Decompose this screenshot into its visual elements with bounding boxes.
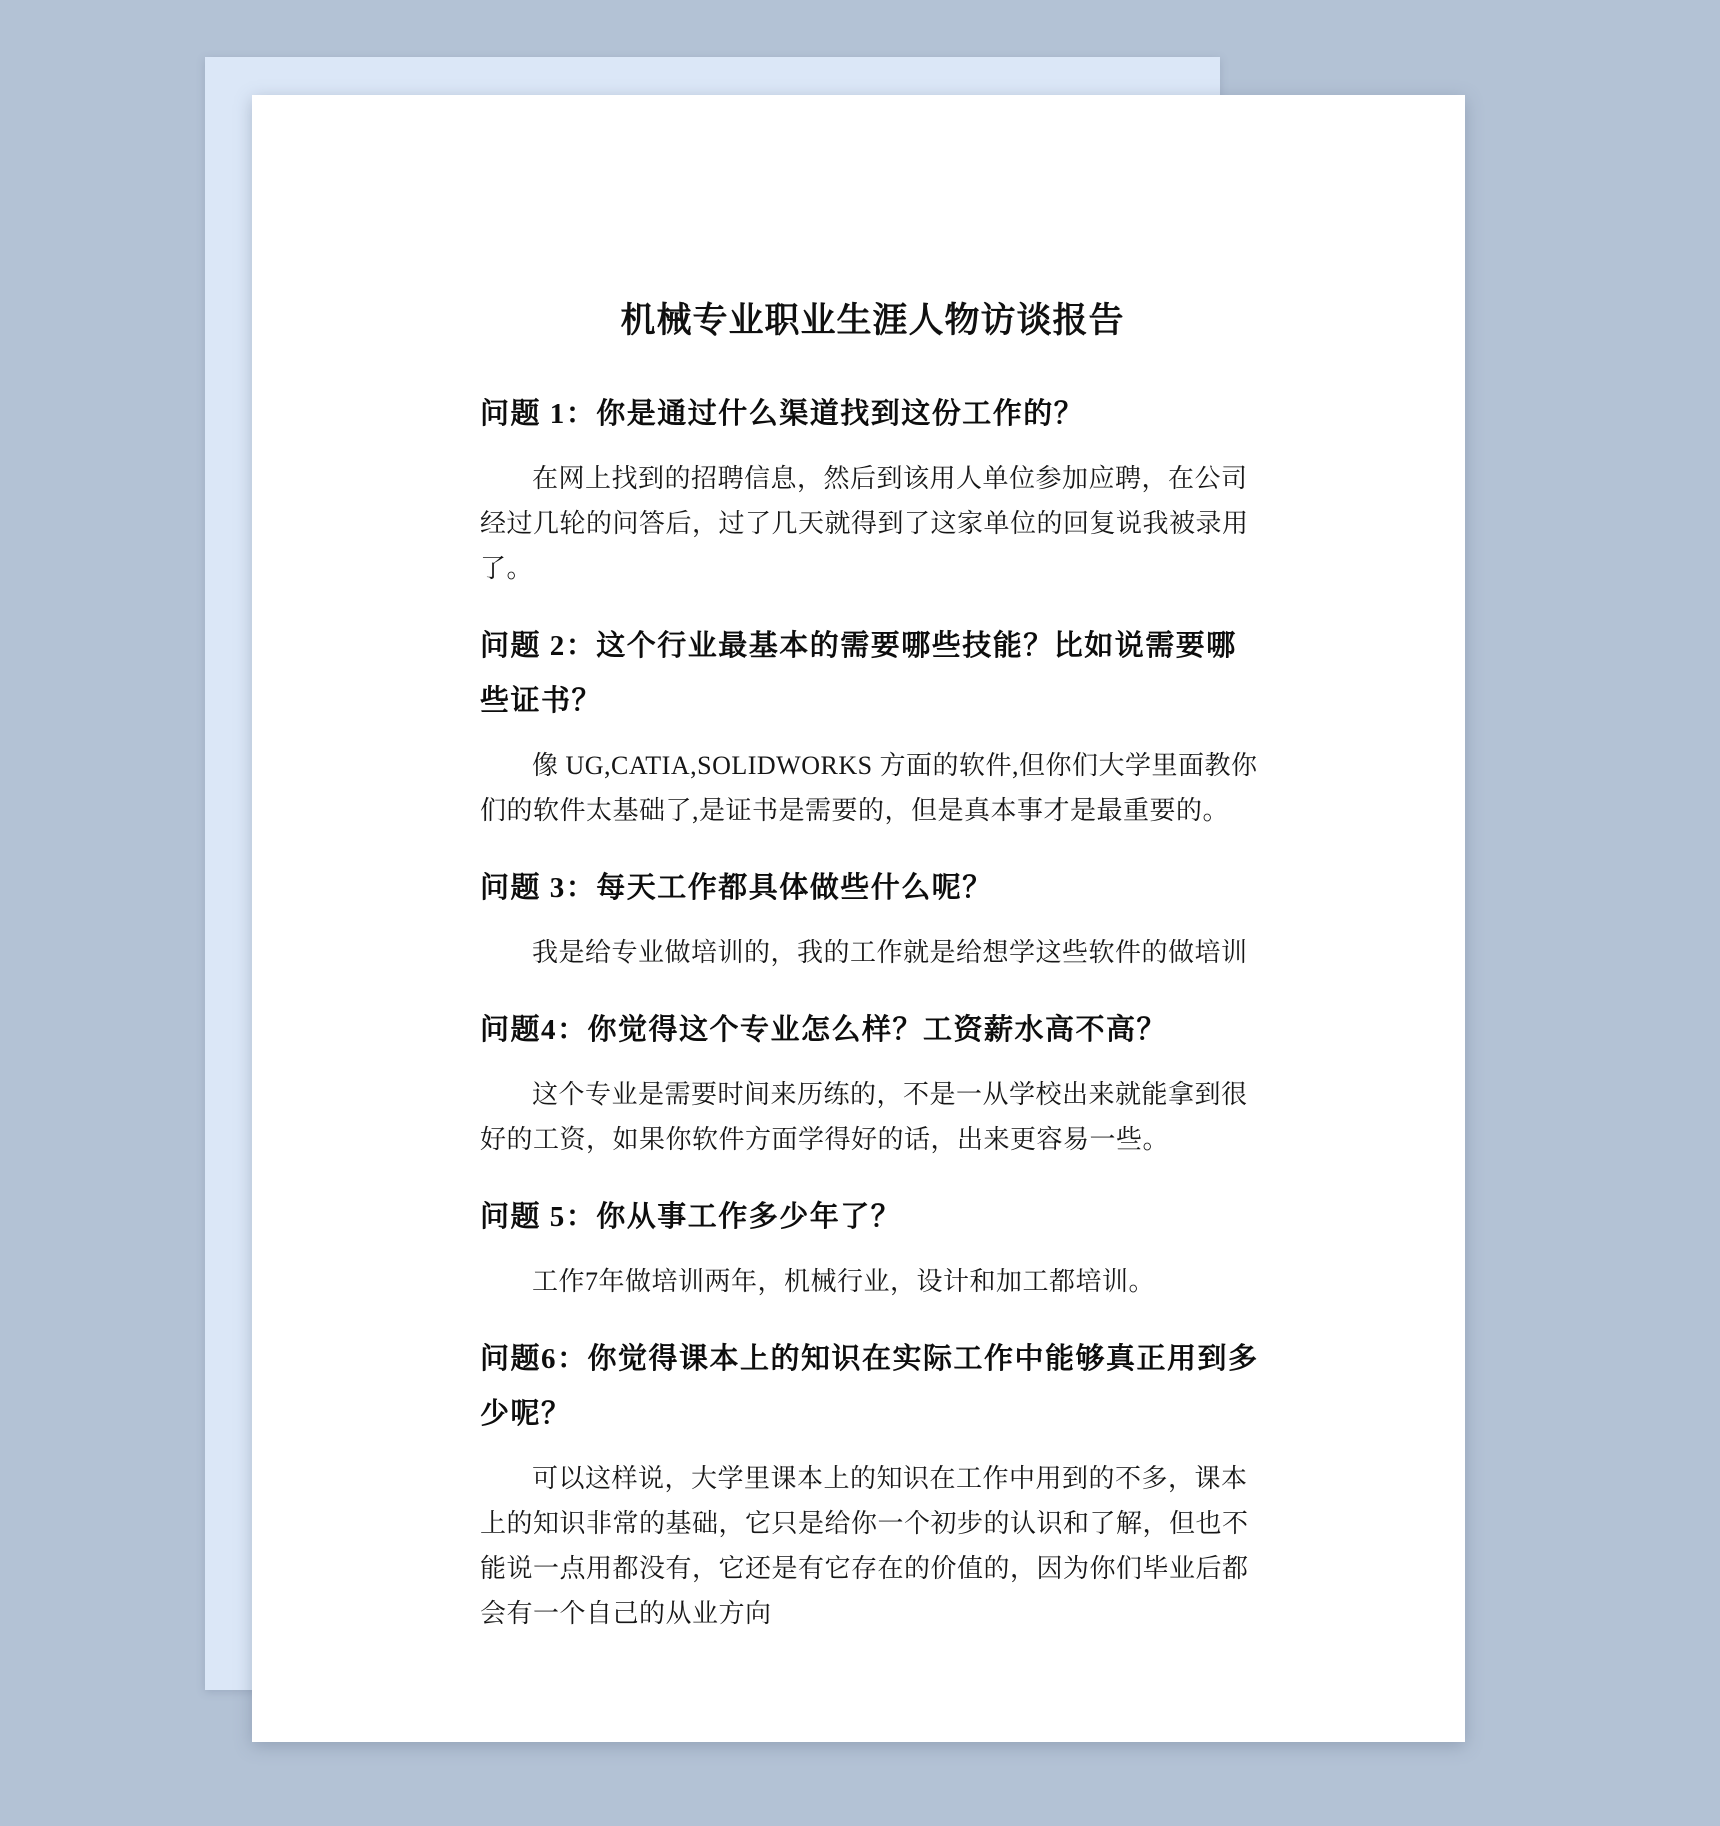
answer-text: 像 UG,CATIA,SOLIDWORKS 方面的软件,但你们大学里面教你们的软… [480, 743, 1265, 833]
question-text: 问题 5：你从事工作多少年了？ [480, 1190, 1265, 1245]
question-text: 问题 2：这个行业最基本的需要哪些技能？比如说需要哪些证书？ [480, 619, 1265, 729]
question-text: 问题4：你觉得这个专业怎么样？工资薪水高不高？ [480, 1003, 1265, 1058]
question-text: 问题 1：你是通过什么渠道找到这份工作的？ [480, 387, 1265, 442]
question-text: 问题 3：每天工作都具体做些什么呢？ [480, 861, 1265, 916]
qa-item: 问题6：你觉得课本上的知识在实际工作中能够真正用到多少呢？ 可以这样说，大学里课… [480, 1332, 1265, 1636]
desktop-background: 机械专业职业生涯人物访谈报告 问题 1：你是通过什么渠道找到这份工作的？ 在网上… [0, 0, 1720, 1826]
qa-item: 问题 5：你从事工作多少年了？ 工作7年做培训两年，机械行业，设计和加工都培训。 [480, 1190, 1265, 1304]
document-page: 机械专业职业生涯人物访谈报告 问题 1：你是通过什么渠道找到这份工作的？ 在网上… [252, 95, 1465, 1742]
qa-item: 问题 1：你是通过什么渠道找到这份工作的？ 在网上找到的招聘信息，然后到该用人单… [480, 387, 1265, 591]
answer-text: 工作7年做培训两年，机械行业，设计和加工都培训。 [480, 1259, 1265, 1304]
answer-text: 这个专业是需要时间来历练的，不是一从学校出来就能拿到很好的工资，如果你软件方面学… [480, 1072, 1265, 1162]
document-title: 机械专业职业生涯人物访谈报告 [480, 293, 1265, 343]
answer-text: 我是给专业做培训的，我的工作就是给想学这些软件的做培训 [480, 930, 1265, 975]
qa-list: 问题 1：你是通过什么渠道找到这份工作的？ 在网上找到的招聘信息，然后到该用人单… [480, 387, 1265, 1636]
qa-item: 问题 3：每天工作都具体做些什么呢？ 我是给专业做培训的，我的工作就是给想学这些… [480, 861, 1265, 975]
answer-text: 在网上找到的招聘信息，然后到该用人单位参加应聘，在公司经过几轮的问答后，过了几天… [480, 456, 1265, 591]
question-text: 问题6：你觉得课本上的知识在实际工作中能够真正用到多少呢？ [480, 1332, 1265, 1442]
answer-text: 可以这样说，大学里课本上的知识在工作中用到的不多，课本上的知识非常的基础，它只是… [480, 1456, 1265, 1636]
qa-item: 问题 2：这个行业最基本的需要哪些技能？比如说需要哪些证书？ 像 UG,CATI… [480, 619, 1265, 833]
qa-item: 问题4：你觉得这个专业怎么样？工资薪水高不高？ 这个专业是需要时间来历练的，不是… [480, 1003, 1265, 1162]
